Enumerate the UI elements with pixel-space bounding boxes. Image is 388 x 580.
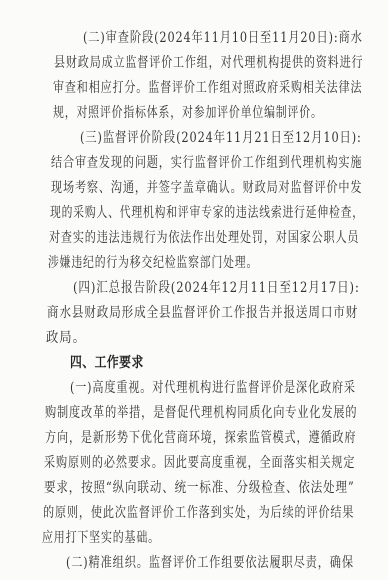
text-line: 现的采购人、代理机构和评审专家的违法线索进行延伸检查， — [50, 204, 364, 222]
text-line: 县财政局成立监督评价工作组，对代理机构提供的资料进行 — [54, 54, 363, 72]
text-line: 现场考察、沟通，并签字盖章确认。财政局对监督评价中发 — [51, 179, 362, 197]
text-line: 对查实的违法违规行为依法作出处理处罚，对国家公职人员 — [49, 229, 359, 247]
text-line: 政局。 — [46, 329, 86, 347]
text-line: 采购原则的必然要求。因此要高度重视，全面落实相关规定 — [44, 454, 355, 472]
section-heading: 四、工作要求 — [70, 354, 144, 372]
text-line: 规，对照评价指标体系，对参加评价单位编制评价。 — [53, 104, 323, 122]
text-line: 结合审查发现的问题，实行监督评价工作组到代理机构实施 — [51, 154, 362, 172]
text-line: (一)高度重视。对代理机构进行监督评价是深化政府采 — [70, 379, 356, 397]
document-page: (二)审查阶段(2024年11月10日至11月20日):商水县财政局成立监督评价… — [0, 0, 388, 580]
text-line: 要求，按照“纵向联动、统一标准、分级检查、依法处理” — [44, 479, 355, 497]
text-line: (二)审查阶段(2024年11月10日至11月20日):商水 — [83, 29, 363, 47]
text-line: 应用打下坚实的基础。 — [42, 529, 160, 547]
text-line: 方向，是新形势下优化营商环境，探索监管模式，遵循政府 — [45, 429, 356, 447]
text-line: (三)监督评价阶段(2024年11月21日至12月10日): — [80, 129, 362, 147]
text-line: 购制度改革的举措，是督促代理机构同质化向专业化发展的 — [45, 404, 357, 422]
text-line: (二)精准组织。监督评价工作组要依法履职尽责，确保 — [66, 554, 354, 572]
text-line: 涉嫌违纪的行为移交纪检监察部门处理。 — [48, 254, 258, 272]
text-line: 商水县财政局形成全县监督评价工作报告并报送周口市财 — [47, 304, 358, 322]
text-line: (四)汇总报告阶段(2024年12月11日至12月17日): — [73, 279, 360, 297]
text-line: 的原则，使此次监督评价工作落到实处，为后续的评价结果 — [43, 504, 354, 522]
text-line: 审查和相应打分。监督评价工作组对照政府采购相关法律法 — [53, 79, 362, 97]
